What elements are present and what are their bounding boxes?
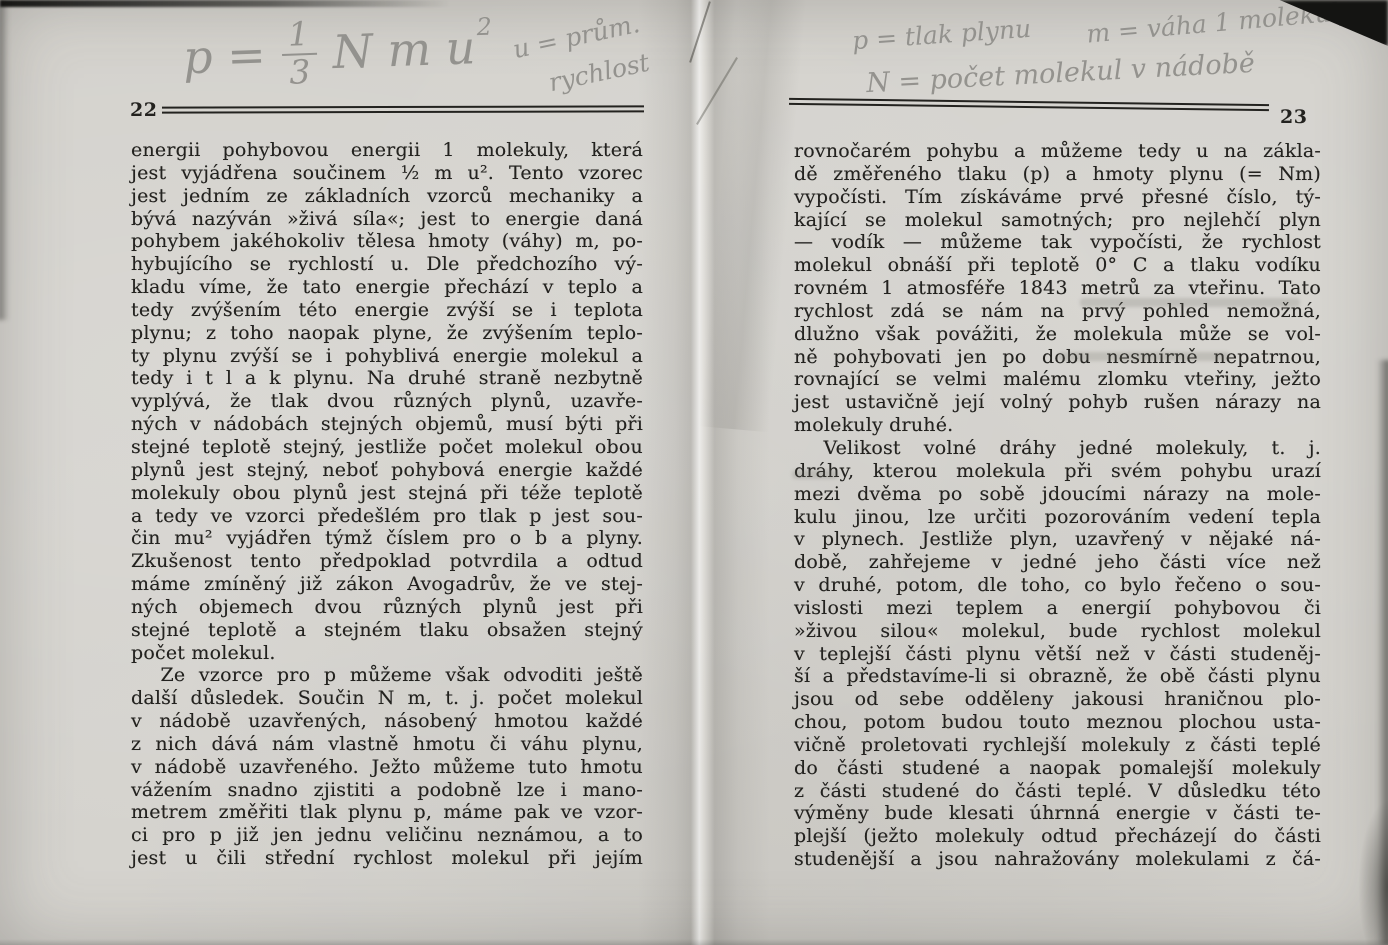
- text-line: z nich dává nám vlastně hmotu či váhu pl…: [131, 733, 643, 756]
- text-line: jest jedním ze základních vzorců mechani…: [131, 185, 643, 208]
- text-line: do části studené a naopak pomalejší mole…: [794, 757, 1321, 780]
- pencil-smudge: [1058, 352, 1230, 361]
- pencil-smudge: [1080, 298, 1300, 307]
- formula-lhs: p =: [182, 28, 266, 85]
- text-line: vypočísti. Tím získáváme prvé přesné čís…: [794, 186, 1321, 209]
- text-line: ných v nádobách stejných objemů, musí bý…: [131, 413, 643, 436]
- fraction-denominator: 3: [289, 55, 311, 90]
- text-line: molekuly obou plynů jest stejná při téže…: [131, 482, 643, 505]
- text-line: další důsledek. Součin N m, t. j. počet …: [131, 687, 643, 710]
- text-line: molekul obnáší při teplotě 0° C a tlaku …: [794, 254, 1321, 277]
- text-line: počet molekul.: [131, 642, 643, 665]
- text-line: dlužno však povážiti, že molekula může s…: [794, 323, 1321, 346]
- right-page-text: rovnočarém pohybu a můžeme tedy u na zák…: [794, 140, 1321, 871]
- text-line: plejší (ježto molekuly odtud přecházejí …: [794, 825, 1321, 848]
- text-line: a tedy ve vzorci předešlém pro tlak p je…: [131, 505, 643, 528]
- handwritten-formula: p = 13 N m u2: [182, 11, 494, 94]
- page-number-right: 23: [1280, 106, 1307, 128]
- text-line: kající se molekul samotných; pro nejlehč…: [794, 209, 1321, 232]
- text-line: v teplejší části plynu větší než v části…: [794, 643, 1321, 666]
- text-line: plynu; z toho naopak plyne, že zvýšením …: [131, 322, 643, 345]
- formula-variables: N m u: [332, 20, 477, 79]
- pencil-smudge: [792, 470, 838, 479]
- text-line: vyplývá, že tlak dvou různých plynů, uza…: [131, 390, 643, 413]
- text-line: plynů jest stejný, neboť pohybová energi…: [131, 459, 643, 482]
- text-line: kladu víme, že tato energie přechází v t…: [131, 276, 643, 299]
- text-line: hybujícího se rychlostí u. Dle předchozí…: [131, 253, 643, 276]
- text-line: době, zahřejeme v jedné jeho části více …: [794, 551, 1321, 574]
- text-line: Velikost volné dráhy jedné molekuly, t. …: [794, 437, 1321, 460]
- text-line: molekuly druhé.: [794, 414, 1321, 437]
- text-line: jest u čili střední rychlost molekul při…: [131, 847, 643, 870]
- header-rule-left: [162, 105, 644, 114]
- text-line: z části studené do části teplé. V důsled…: [794, 780, 1321, 803]
- text-line: ci pro p již jen jednu veličinu neznámou…: [131, 824, 643, 847]
- page-number-left: 22: [130, 99, 157, 121]
- text-line: pohybem jakéhokoliv tělesa hmoty (váhy) …: [131, 230, 643, 253]
- text-line: vičně proletovati rychlejší molekuly z č…: [794, 734, 1321, 757]
- text-line: dě změřeného tlaku (p) a hmoty plynu (= …: [794, 163, 1321, 186]
- text-line: — vodík — můžeme tak vypočísti, že rychl…: [794, 231, 1321, 254]
- text-line: jsou od sebe odděleny jakousi hraničnou …: [794, 688, 1321, 711]
- text-line: jest vyjádřena součinem ½ m u². Tento vz…: [131, 162, 643, 185]
- text-line: vážením snadno zjistiti a podobně lze i …: [131, 779, 643, 802]
- text-line: bývá nazýván »živá síla«; jest to energi…: [131, 208, 643, 231]
- text-line: ných objemech dvou různých plynů jest př…: [131, 596, 643, 619]
- formula-exponent: 2: [476, 12, 492, 41]
- text-line: v nádobě uzavřených, násobený hmotou kaž…: [131, 710, 643, 733]
- text-line: jest ustavičně její volný pohyb rušen ná…: [794, 391, 1321, 414]
- text-line: stejné teplotě stejný, jestliže počet mo…: [131, 436, 643, 459]
- text-line: kulu jinou, lze určiti pozorováním veden…: [794, 506, 1321, 529]
- text-line: výměny bude klesati úhrnná energie v čás…: [794, 802, 1321, 825]
- text-line: čin mu² vyjádřen týmž číslem pro o b a p…: [131, 527, 643, 550]
- text-line: stejné teplotě a stejném tlaku obsažen s…: [131, 619, 643, 642]
- text-line: mezi dvěma po sobě jdoucími nárazy na mo…: [794, 483, 1321, 506]
- text-line: energii pohybovou energii 1 molekuly, kt…: [131, 139, 643, 162]
- text-line: »živou silou« molekul, bude rychlost mol…: [794, 620, 1321, 643]
- text-line: v plynech. Jestliže plyn, uzavřený v něj…: [794, 528, 1321, 551]
- text-line: v druhé, potom, dle toho, co bylo řečeno…: [794, 574, 1321, 597]
- text-line: ší a představíme-li si obrazně, že obě č…: [794, 665, 1321, 688]
- text-line: vislosti mezi teplem a energií pohybovou…: [794, 597, 1321, 620]
- text-line: Zkušenost tento předpoklad potvrdila a o…: [131, 550, 643, 573]
- text-line: rovnočarém pohybu a můžeme tedy u na zák…: [794, 140, 1321, 163]
- formula-fraction: 13: [280, 17, 318, 90]
- formula-rhs: N m u2: [332, 20, 494, 80]
- text-line: rovném 1 atmosféře 1843 metrů za vteřinu…: [794, 277, 1321, 300]
- book-scan: p = 13 N m u2 u = prům. rychlost p = tla…: [0, 0, 1388, 945]
- left-page-text: energii pohybovou energii 1 molekuly, kt…: [131, 139, 643, 870]
- text-line: metrem změřiti tlak plynu p, máme pak ve…: [131, 801, 643, 824]
- text-line: tedy i t l a k plynu. Na druhé straně ne…: [131, 367, 643, 390]
- text-line: tedy zvýšením této energie zvýší se i te…: [131, 299, 643, 322]
- fraction-numerator: 1: [280, 17, 316, 56]
- text-line: dráhy, kterou molekula při svém pohybu u…: [794, 460, 1321, 483]
- text-line: v nádobě uzavřeného. Ježto můžeme tuto h…: [131, 756, 643, 779]
- text-line: rovnající se velmi malému zlomku vteřiny…: [794, 368, 1321, 391]
- text-line: chou, potom budou touto meznou plochou u…: [794, 711, 1321, 734]
- text-line: ty plynu zvýší se i pohyblivá energie mo…: [131, 345, 643, 368]
- text-line: studenější a jsou nahražovány molekulami…: [794, 848, 1321, 871]
- text-line: máme zmíněný již zákon Avogadrův, že ve …: [131, 573, 643, 596]
- text-line: Ze vzorce pro p můžeme však odvoditi ješ…: [131, 664, 643, 687]
